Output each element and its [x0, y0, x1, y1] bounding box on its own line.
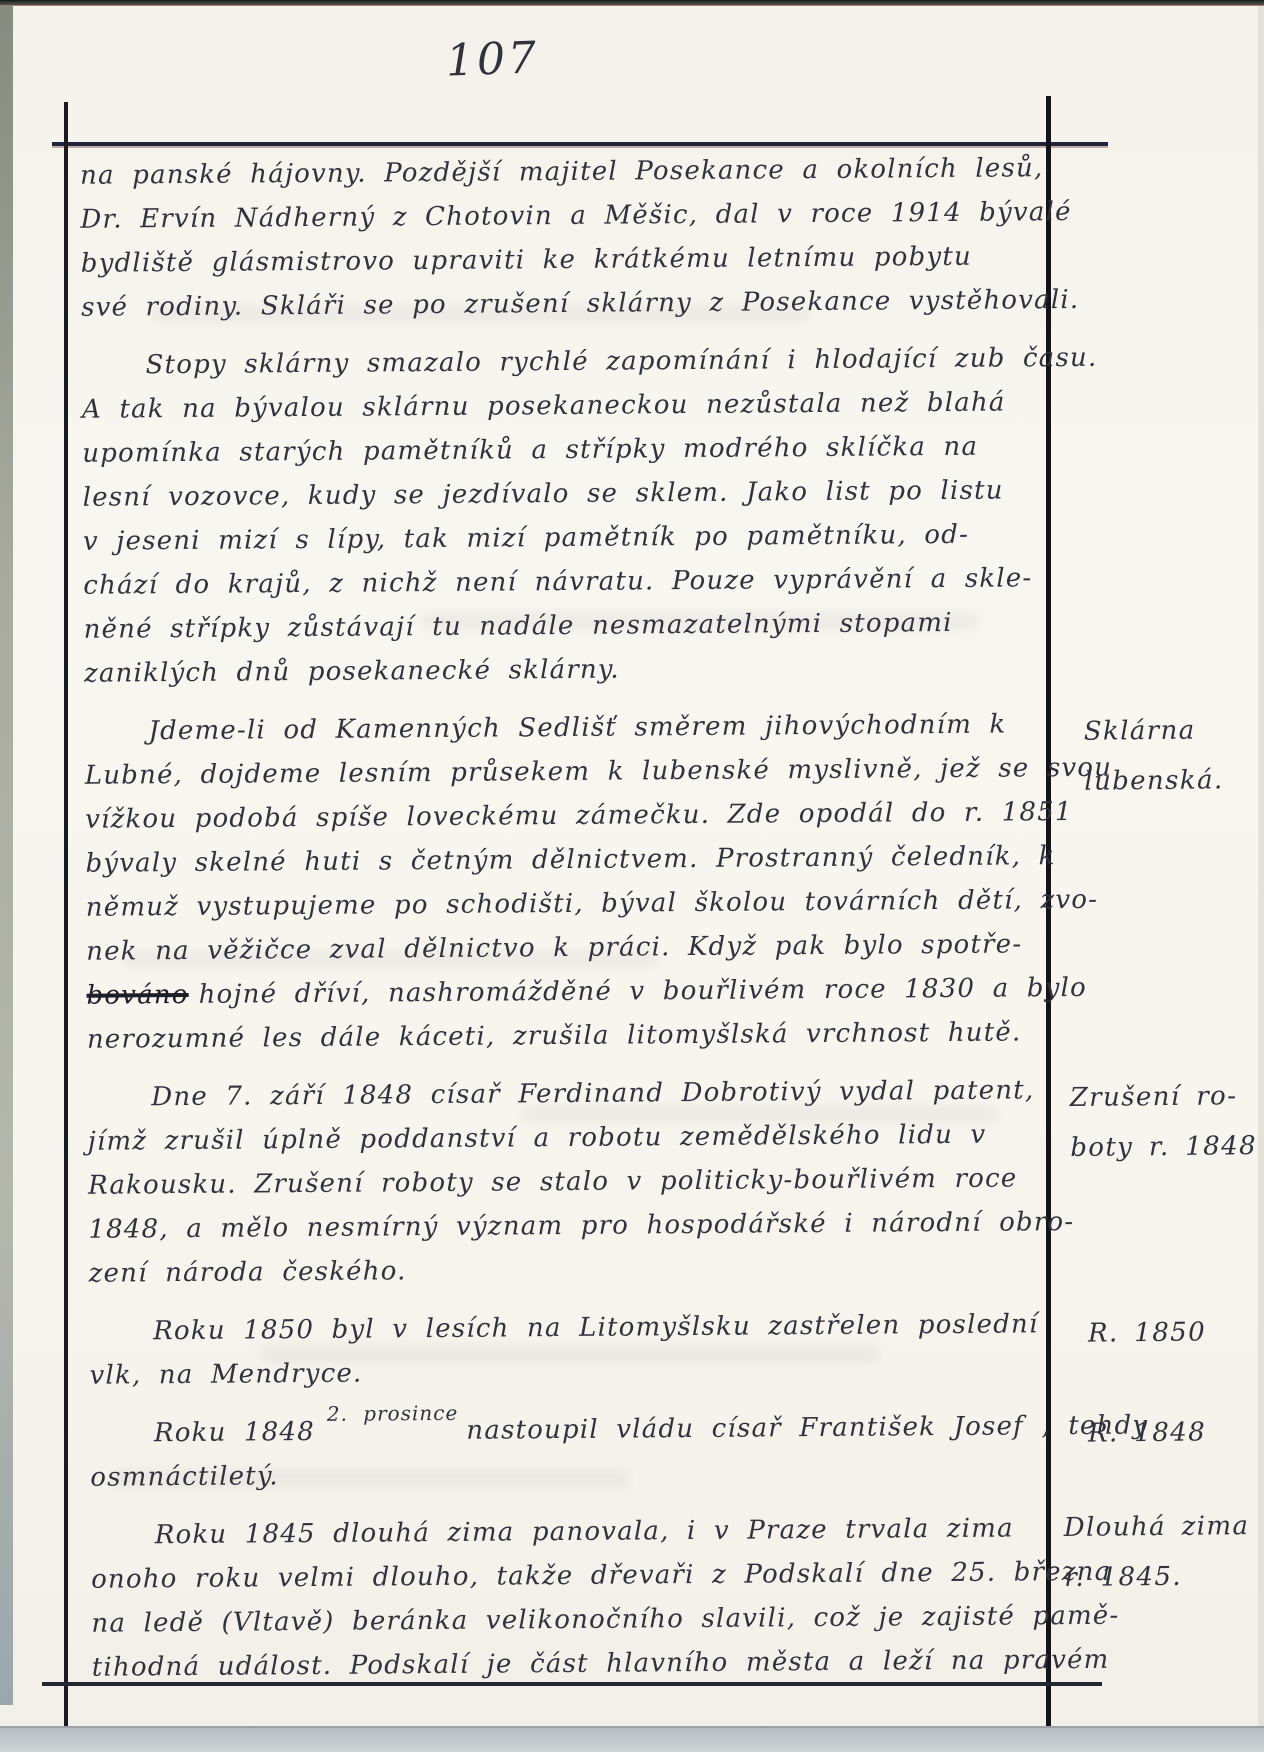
margin-note-line: R. 1850	[1088, 1307, 1207, 1358]
handwritten-line: lesní vozovce, kudy se jezdívalo se skle…	[82, 468, 1038, 520]
handwritten-line: na ledě (Vltavě) beránka velikonočního s…	[91, 1594, 1047, 1646]
handwritten-line-rest: hojné dříví, nashromážděné v bouřlivém r…	[199, 973, 1088, 1010]
handwritten-line: chází do krajů, z nichž není návratu. Po…	[83, 556, 1039, 608]
handwritten-line: bovánohojné dříví, nashromážděné v bouřl…	[86, 966, 1042, 1018]
top-ruled-line	[52, 142, 1108, 146]
handwritten-line: Roku 1850 byl v lesích na Litomyšlsku za…	[89, 1302, 1045, 1354]
handwritten-paragraph: Roku 1850 byl v lesích na Litomyšlsku za…	[89, 1302, 1046, 1398]
page-number: 107	[445, 32, 540, 86]
scan-edge-bottom	[0, 1726, 1264, 1752]
handwritten-line: němuž vystupujeme po schodišti, býval šk…	[86, 878, 1042, 930]
handwritten-line: nek na věžičce zval dělnictvo k práci. K…	[86, 922, 1042, 974]
margin-note-zruseni-roboty: Zrušení ro- boty r. 1848.	[1069, 1071, 1264, 1173]
handwritten-line: na panské hájovny. Pozdější majitel Pose…	[80, 146, 1036, 198]
handwritten-line: osmnáctiletý.	[90, 1448, 1046, 1500]
margin-note-line: R. 1848	[1088, 1407, 1207, 1458]
handwritten-line: zaniklých dnů posekanecké sklárny.	[84, 644, 1040, 696]
handwritten-line: Jdeme-li od Kamenných Sedlišť směrem jih…	[84, 702, 1040, 754]
margin-note-r-1850: R. 1850	[1088, 1307, 1207, 1358]
margin-note-line: boty r. 1848.	[1070, 1121, 1264, 1173]
handwritten-line: jímž zrušil úplně poddanství a robotu ze…	[88, 1112, 1044, 1164]
handwritten-line: tihodná událost. Podskalí je část hlavní…	[92, 1638, 1048, 1690]
handwritten-line: Stopy sklárny smazalo rychlé zapomínání …	[81, 336, 1037, 388]
margin-note-line: lubenská.	[1084, 755, 1224, 806]
interline-insertion: 2. prosince	[327, 1391, 459, 1436]
handwritten-line: bývaly skelné huti s četným dělnictvem. …	[85, 834, 1041, 886]
handwritten-line: Roku 18482. prosincenastoupil vládu císa…	[90, 1404, 1046, 1456]
margin-note-dlouha-zima: Dlouhá zima r. 1845.	[1063, 1501, 1250, 1603]
margin-note-line: Sklárna	[1083, 705, 1223, 756]
handwritten-line: Lubné, dojdeme lesním průsekem k lubensk…	[85, 746, 1041, 798]
handwritten-paragraph: Jdeme-li od Kamenných Sedlišť směrem jih…	[84, 702, 1043, 1061]
handwritten-line: 1848, a mělo nesmírný význam pro hospodá…	[88, 1200, 1044, 1252]
handwritten-line: Dr. Ervín Nádherný z Chotovin a Měšic, d…	[80, 190, 1036, 242]
handwritten-line: vlk, na Mendryce.	[89, 1346, 1045, 1398]
handwritten-line: vížkou podobá spíše loveckému zámečku. Z…	[85, 790, 1041, 842]
handwritten-line: v jeseni mizí s lípy, tak mizí pamětník …	[83, 512, 1039, 564]
handwritten-paragraph: Stopy sklárny smazalo rychlé zapomínání …	[81, 336, 1040, 695]
handwritten-line: něné střípky zůstávají tu nadále nesmaza…	[83, 600, 1039, 652]
scan-edge-right	[1258, 6, 1264, 1728]
handwritten-line: bydliště glásmistrovo upraviti ke krátké…	[81, 234, 1037, 286]
margin-note-r-1848: R. 1848	[1088, 1407, 1207, 1458]
handwritten-paragraph: Roku 1845 dlouhá zima panovala, i v Praz…	[91, 1506, 1048, 1690]
margin-note-line: r. 1845.	[1064, 1551, 1250, 1603]
scan-edge-left	[0, 5, 13, 1705]
handwritten-line: Rakousku. Zrušení roboty se stalo v poli…	[88, 1156, 1044, 1208]
handwritten-line: zení národa českého.	[89, 1244, 1045, 1296]
handwritten-line: upomínka starých pamětníků a střípky mod…	[82, 424, 1038, 476]
left-margin-rule	[64, 102, 68, 1738]
scan-edge-top	[0, 0, 1264, 6]
handwritten-paragraph: na panské hájovny. Pozdější majitel Pose…	[80, 146, 1037, 330]
handwritten-line: onoho roku velmi dlouho, takže dřevaři z…	[91, 1550, 1047, 1602]
margin-note-line: Dlouhá zima	[1063, 1501, 1249, 1553]
margin-note-line: Zrušení ro-	[1069, 1071, 1264, 1123]
struck-word: bováno	[86, 980, 188, 1011]
handwritten-paragraph: Roku 18482. prosincenastoupil vládu císa…	[90, 1404, 1047, 1500]
margin-note-sklarna-lubenska: Sklárna lubenská.	[1083, 705, 1223, 806]
main-text-column: na panské hájovny. Pozdější majitel Pose…	[80, 146, 1048, 1703]
handwritten-line: A tak na bývalou sklárnu posekaneckou ne…	[82, 380, 1038, 432]
handwritten-line: nerozumné les dále káceti, zrušila litom…	[87, 1010, 1043, 1062]
handwritten-paragraph: Dne 7. září 1848 císař Ferdinand Dobroti…	[87, 1068, 1045, 1296]
handwritten-line-start: Roku 1848	[154, 1417, 315, 1448]
handwritten-line: Roku 1845 dlouhá zima panovala, i v Praz…	[91, 1506, 1047, 1558]
handwritten-line: Dne 7. září 1848 císař Ferdinand Dobroti…	[87, 1068, 1043, 1120]
handwritten-line-rest: nastoupil vládu císař František Josef , …	[466, 1410, 1148, 1445]
handwritten-line: své rodiny. Skláři se po zrušení sklárny…	[81, 278, 1037, 330]
